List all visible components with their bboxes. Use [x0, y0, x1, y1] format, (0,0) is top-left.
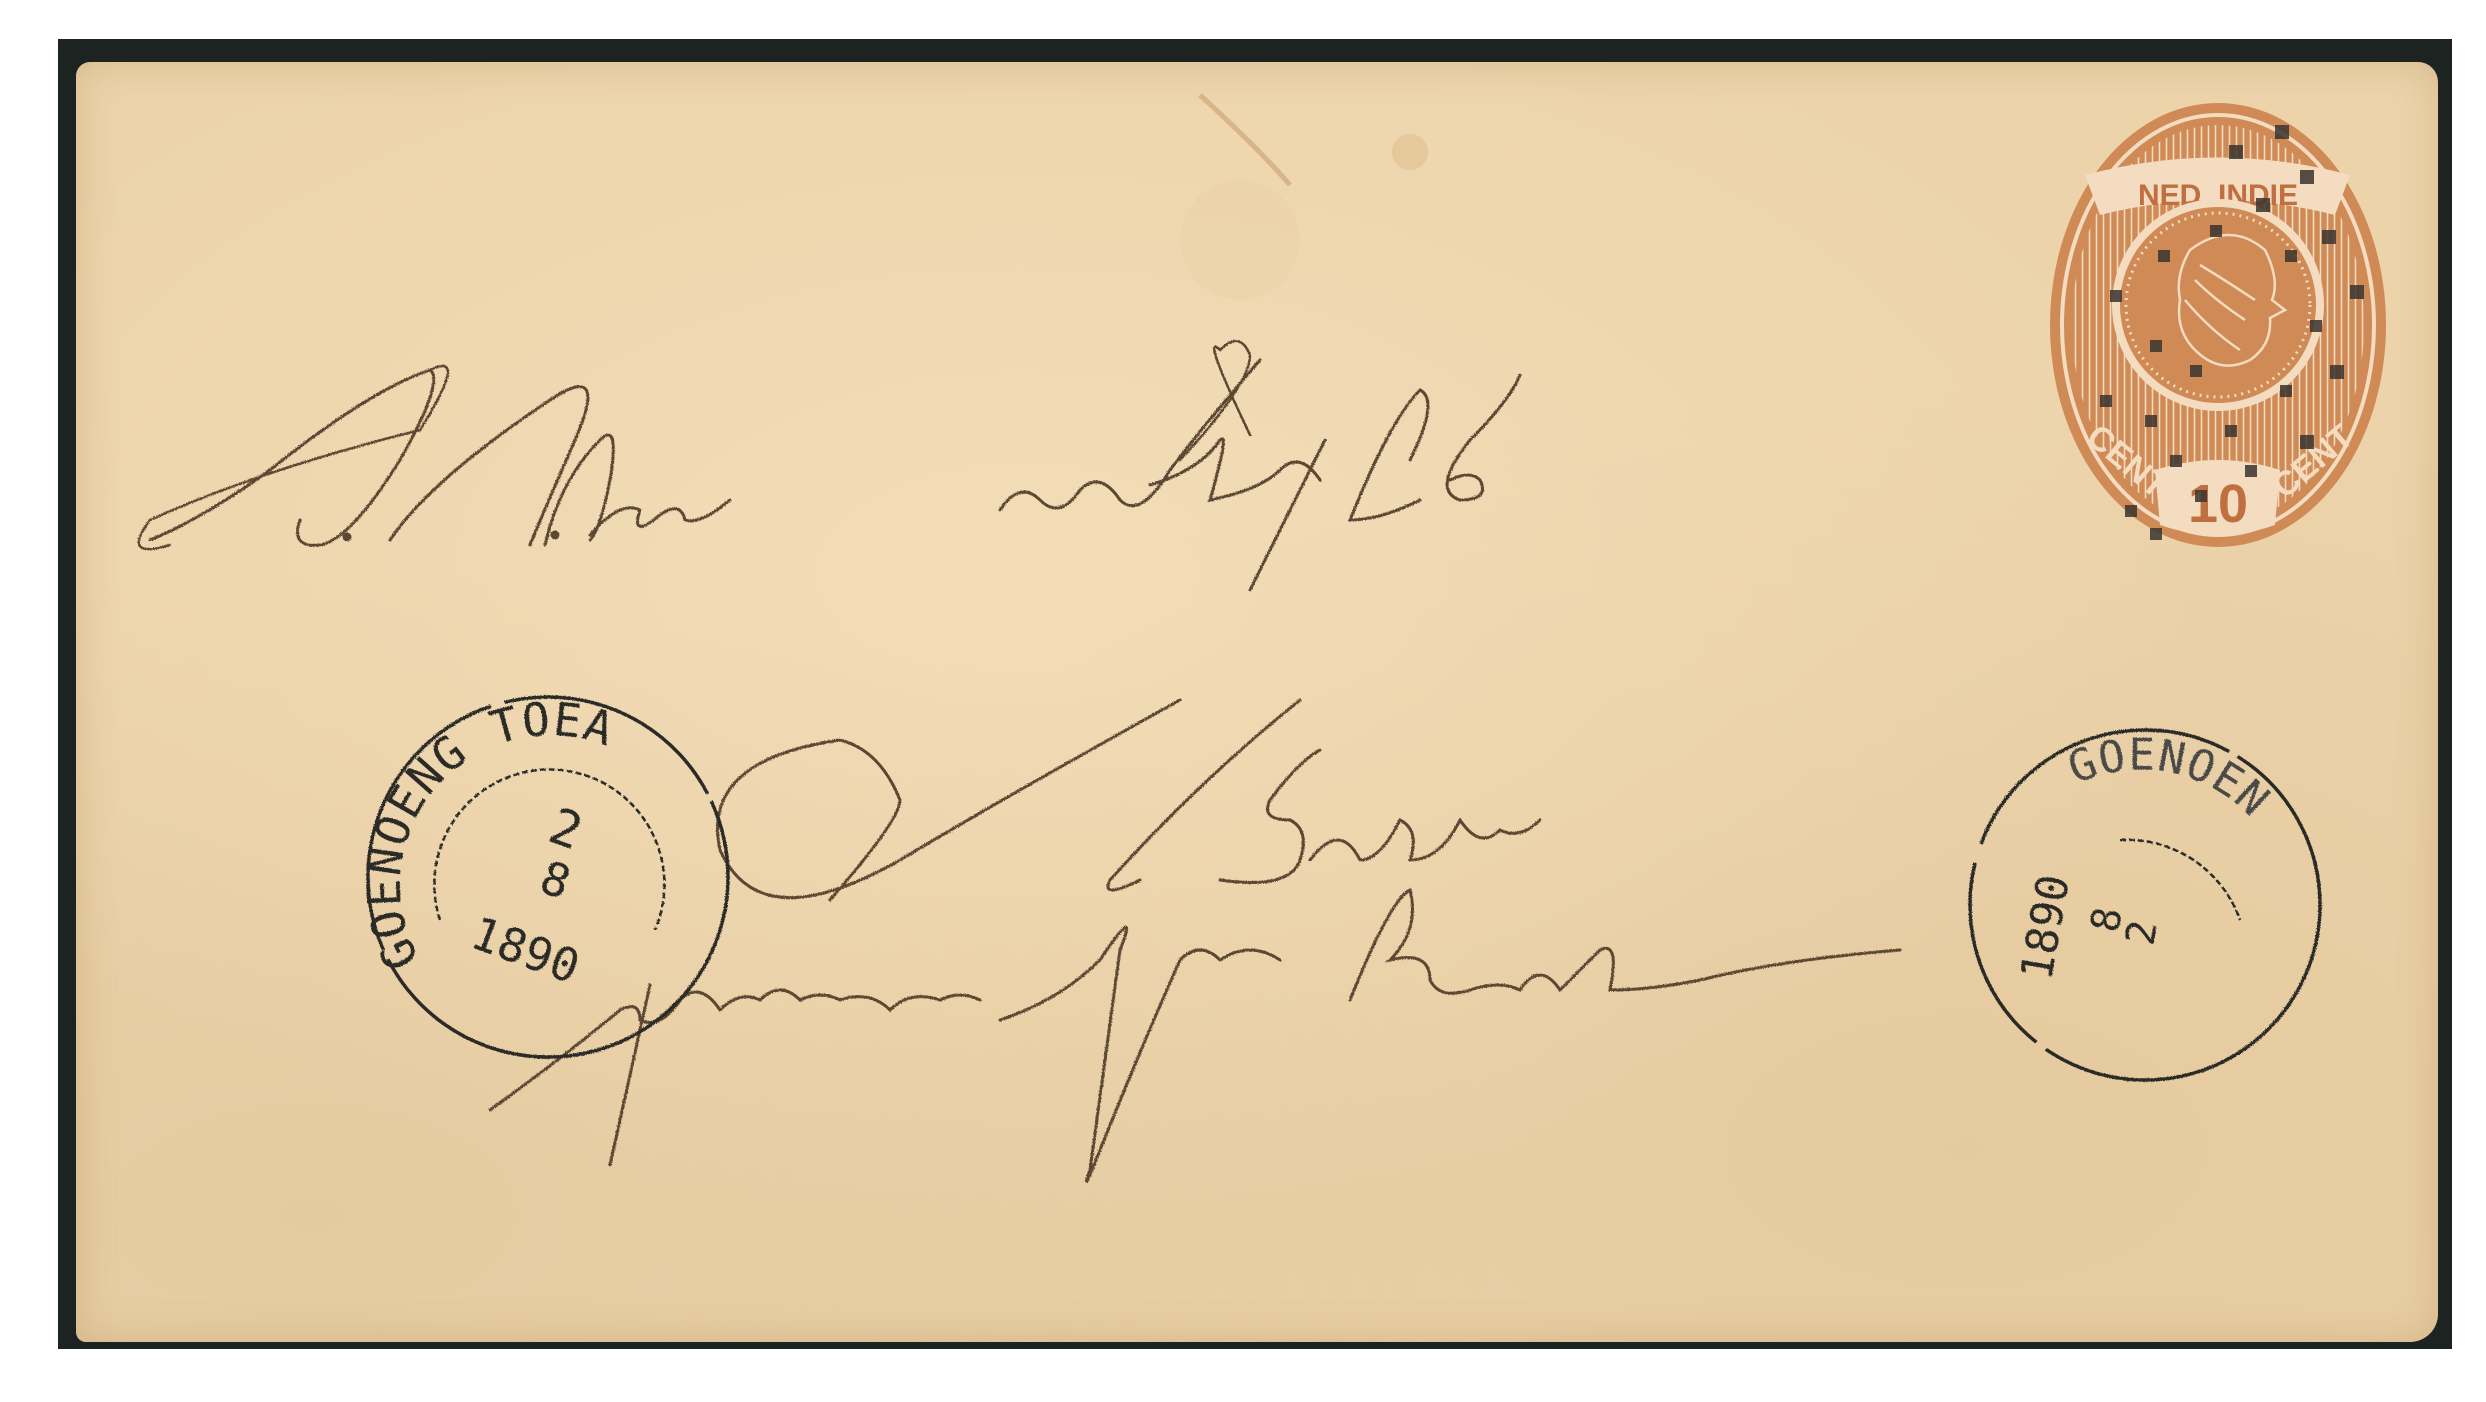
address-line-2: Batavia: [0, 0, 4, 1]
left-postmark-month: 8: [533, 850, 578, 910]
svg-text:GOENOEN: GOENOEN: [2061, 729, 2279, 826]
paper-stains: [1180, 95, 1428, 300]
stamp-denomination: 10: [2188, 474, 2248, 534]
right-postmark-town: GOENOEN: [2061, 729, 2279, 826]
address-line-3: uitgevers Java Bode: [0, 0, 10, 1]
left-postmark: GOENOENG TOEA 2 8 1890: [357, 692, 728, 1057]
envelope-artwork: NED. INDIE 10 CENT CENT: [0, 0, 2486, 1402]
right-postmark: GOENOEN 1890 8 2: [1970, 729, 2320, 1080]
left-postmark-year: 1890: [464, 906, 587, 995]
right-postmark-year: 1890: [2011, 871, 2080, 984]
postage-stamp: NED. INDIE 10 CENT CENT: [2050, 103, 2386, 547]
left-postmark-day: 2: [542, 797, 590, 862]
right-postmark-day: 2: [2117, 917, 2166, 949]
address-line-1: H. M. van Dorp & Co: [0, 0, 11, 1]
